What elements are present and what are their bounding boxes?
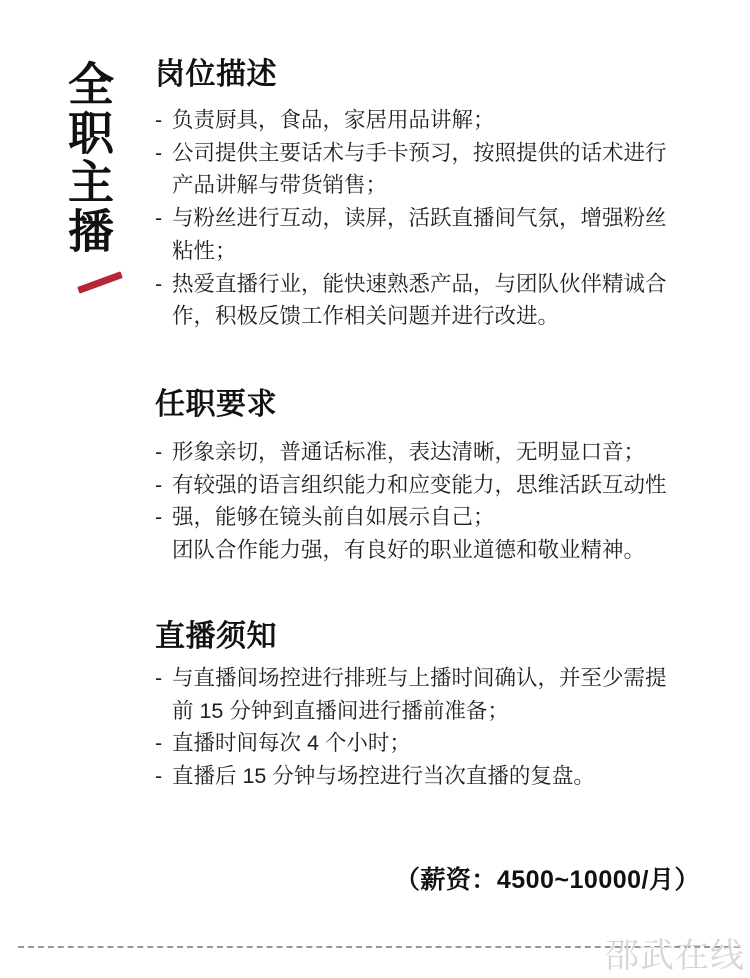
section-body-job-description: -负责厨具，食品，家居用品讲解； -公司提供主要话术与手卡预习，按照提供的话术进… <box>155 104 685 333</box>
bullet-dash: - <box>155 469 162 502</box>
bullet-dash: - <box>155 501 162 534</box>
bullet-line: -形象亲切，普通话标准，表达清晰，无明显口音； <box>155 436 685 469</box>
salary-note: （薪资：4500~10000/月） <box>395 860 700 896</box>
bullet-text: 直播时间每次 4 个小时； <box>172 731 411 755</box>
bullet-dash: - <box>155 662 162 695</box>
job-title-vertical: 全职主播 <box>62 60 114 290</box>
bullet-line: -有较强的语言组织能力和应变能力，思维活跃互动性 <box>155 469 685 502</box>
bullet-line: 作，积极反馈工作相关问题并进行改进。 <box>155 300 685 333</box>
bullet-line: -热爱直播行业，能快速熟悉产品，与团队伙伴精诚合 <box>155 268 685 301</box>
bullet-text: 直播后 15 分钟与场控进行当次直播的复盘。 <box>172 764 595 788</box>
bullet-line: -直播时间每次 4 个小时； <box>155 727 685 760</box>
bullet-line: -直播后 15 分钟与场控进行当次直播的复盘。 <box>155 760 685 793</box>
bullet-text: 粘性； <box>172 239 237 263</box>
bullet-line: 团队合作能力强，有良好的职业道德和敬业精神。 <box>155 534 685 567</box>
bullet-dash: - <box>155 727 162 760</box>
bullet-text: 负责厨具，食品，家居用品讲解； <box>172 108 495 132</box>
bullet-text: 团队合作能力强，有良好的职业道德和敬业精神。 <box>172 538 645 562</box>
section-body-requirements: -形象亲切，普通话标准，表达清晰，无明显口音； -有较强的语言组织能力和应变能力… <box>155 436 685 567</box>
bullet-text: 作，积极反馈工作相关问题并进行改进。 <box>172 304 559 328</box>
bullet-text: 与粉丝进行互动，读屏，活跃直播间气氛，增强粉丝 <box>172 206 667 230</box>
bullet-line: -与粉丝进行互动，读屏，活跃直播间气氛，增强粉丝 <box>155 202 685 235</box>
bullet-line: 前 15 分钟到直播间进行播前准备； <box>155 695 685 728</box>
section-body-streaming-notes: -与直播间场控进行排班与上播时间确认，并至少需提 前 15 分钟到直播间进行播前… <box>155 662 685 793</box>
bullet-line: -公司提供主要话术与手卡预习，按照提供的话术进行 <box>155 137 685 170</box>
bullet-text: 产品讲解与带货销售； <box>172 173 387 197</box>
bullet-text: 强，能够在镜头前自如展示自己； <box>172 505 495 529</box>
job-posting-page: 全职主播 岗位描述 -负责厨具，食品，家居用品讲解； -公司提供主要话术与手卡预… <box>0 0 750 978</box>
bullet-dash: - <box>155 104 162 137</box>
bullet-text: 有较强的语言组织能力和应变能力，思维活跃互动性 <box>172 473 667 497</box>
bullet-line: 产品讲解与带货销售； <box>155 169 685 202</box>
bullet-line: -负责厨具，食品，家居用品讲解； <box>155 104 685 137</box>
bullet-dash: - <box>155 268 162 301</box>
bullet-dash: - <box>155 760 162 793</box>
bullet-text: 前 15 分钟到直播间进行播前准备； <box>172 699 509 723</box>
bullet-text: 形象亲切，普通话标准，表达清晰，无明显口音； <box>172 440 645 464</box>
bullet-line: -与直播间场控进行排班与上播时间确认，并至少需提 <box>155 662 685 695</box>
section-heading-streaming-notes: 直播须知 <box>155 617 277 657</box>
bullet-dash: - <box>155 137 162 170</box>
bullet-text: 与直播间场控进行排班与上播时间确认，并至少需提 <box>172 666 667 690</box>
section-heading-requirements: 任职要求 <box>155 385 277 425</box>
bullet-dash: - <box>155 202 162 235</box>
bullet-text: 热爱直播行业，能快速熟悉产品，与团队伙伴精诚合 <box>172 272 667 296</box>
bullet-line: 粘性； <box>155 235 685 268</box>
watermark-text: 邵武在线 <box>605 928 745 977</box>
bullet-line: -强，能够在镜头前自如展示自己； <box>155 501 685 534</box>
bullet-text: 公司提供主要话术与手卡预习，按照提供的话术进行 <box>172 141 667 165</box>
section-heading-job-description: 岗位描述 <box>155 55 277 95</box>
bullet-dash: - <box>155 436 162 469</box>
